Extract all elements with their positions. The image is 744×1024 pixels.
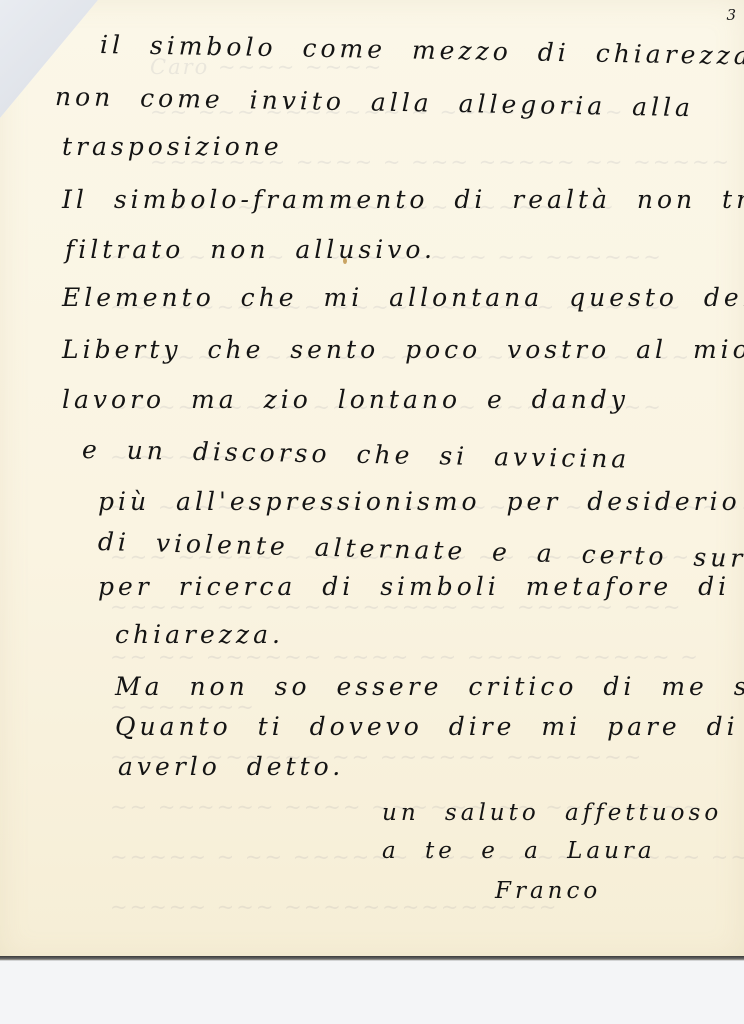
closing-recipients: a te e a Laura (382, 838, 656, 864)
letter-line: Il simbolo-frammento di realtà non tropp… (62, 185, 744, 214)
letter-line: trasposizione (62, 132, 283, 161)
letter-line: Quanto ti dovevo dire mi pare di (115, 712, 739, 741)
paper-bottom-edge (0, 956, 744, 961)
letter-page: Caro ~~~~ ~~~~ ~~ ~~~ ~~~~~~~ ~ ~~~~~~ ~… (0, 0, 744, 960)
page-number: 3 (726, 6, 736, 24)
letter-line: per ricerca di simboli metafore di (98, 572, 730, 601)
letter-line: averlo detto. (118, 752, 344, 781)
letter-line: Ma non so essere critico di me stesso (115, 672, 744, 701)
letter-line: Liberty che sento poco vostro al mio (62, 335, 744, 364)
signature: Franco (495, 878, 601, 904)
letter-line: lavoro ma zio lontano e dandy (62, 385, 629, 414)
letter-line: chiarezza. (115, 620, 284, 649)
bleed-through-text: ~~~~~ ~~~ ~~~~~~~~~~~~~~ (110, 895, 558, 919)
letter-line: Elemento che mi allontana questo del (62, 283, 744, 312)
letter-line: di violente alternate e a certo surreali… (98, 527, 744, 577)
closing-salutation: un saluto affettuoso (382, 800, 722, 826)
letter-line: filtrato non allusivo. (65, 235, 436, 264)
letter-line: più all'espressionismo per desiderio (98, 487, 741, 516)
